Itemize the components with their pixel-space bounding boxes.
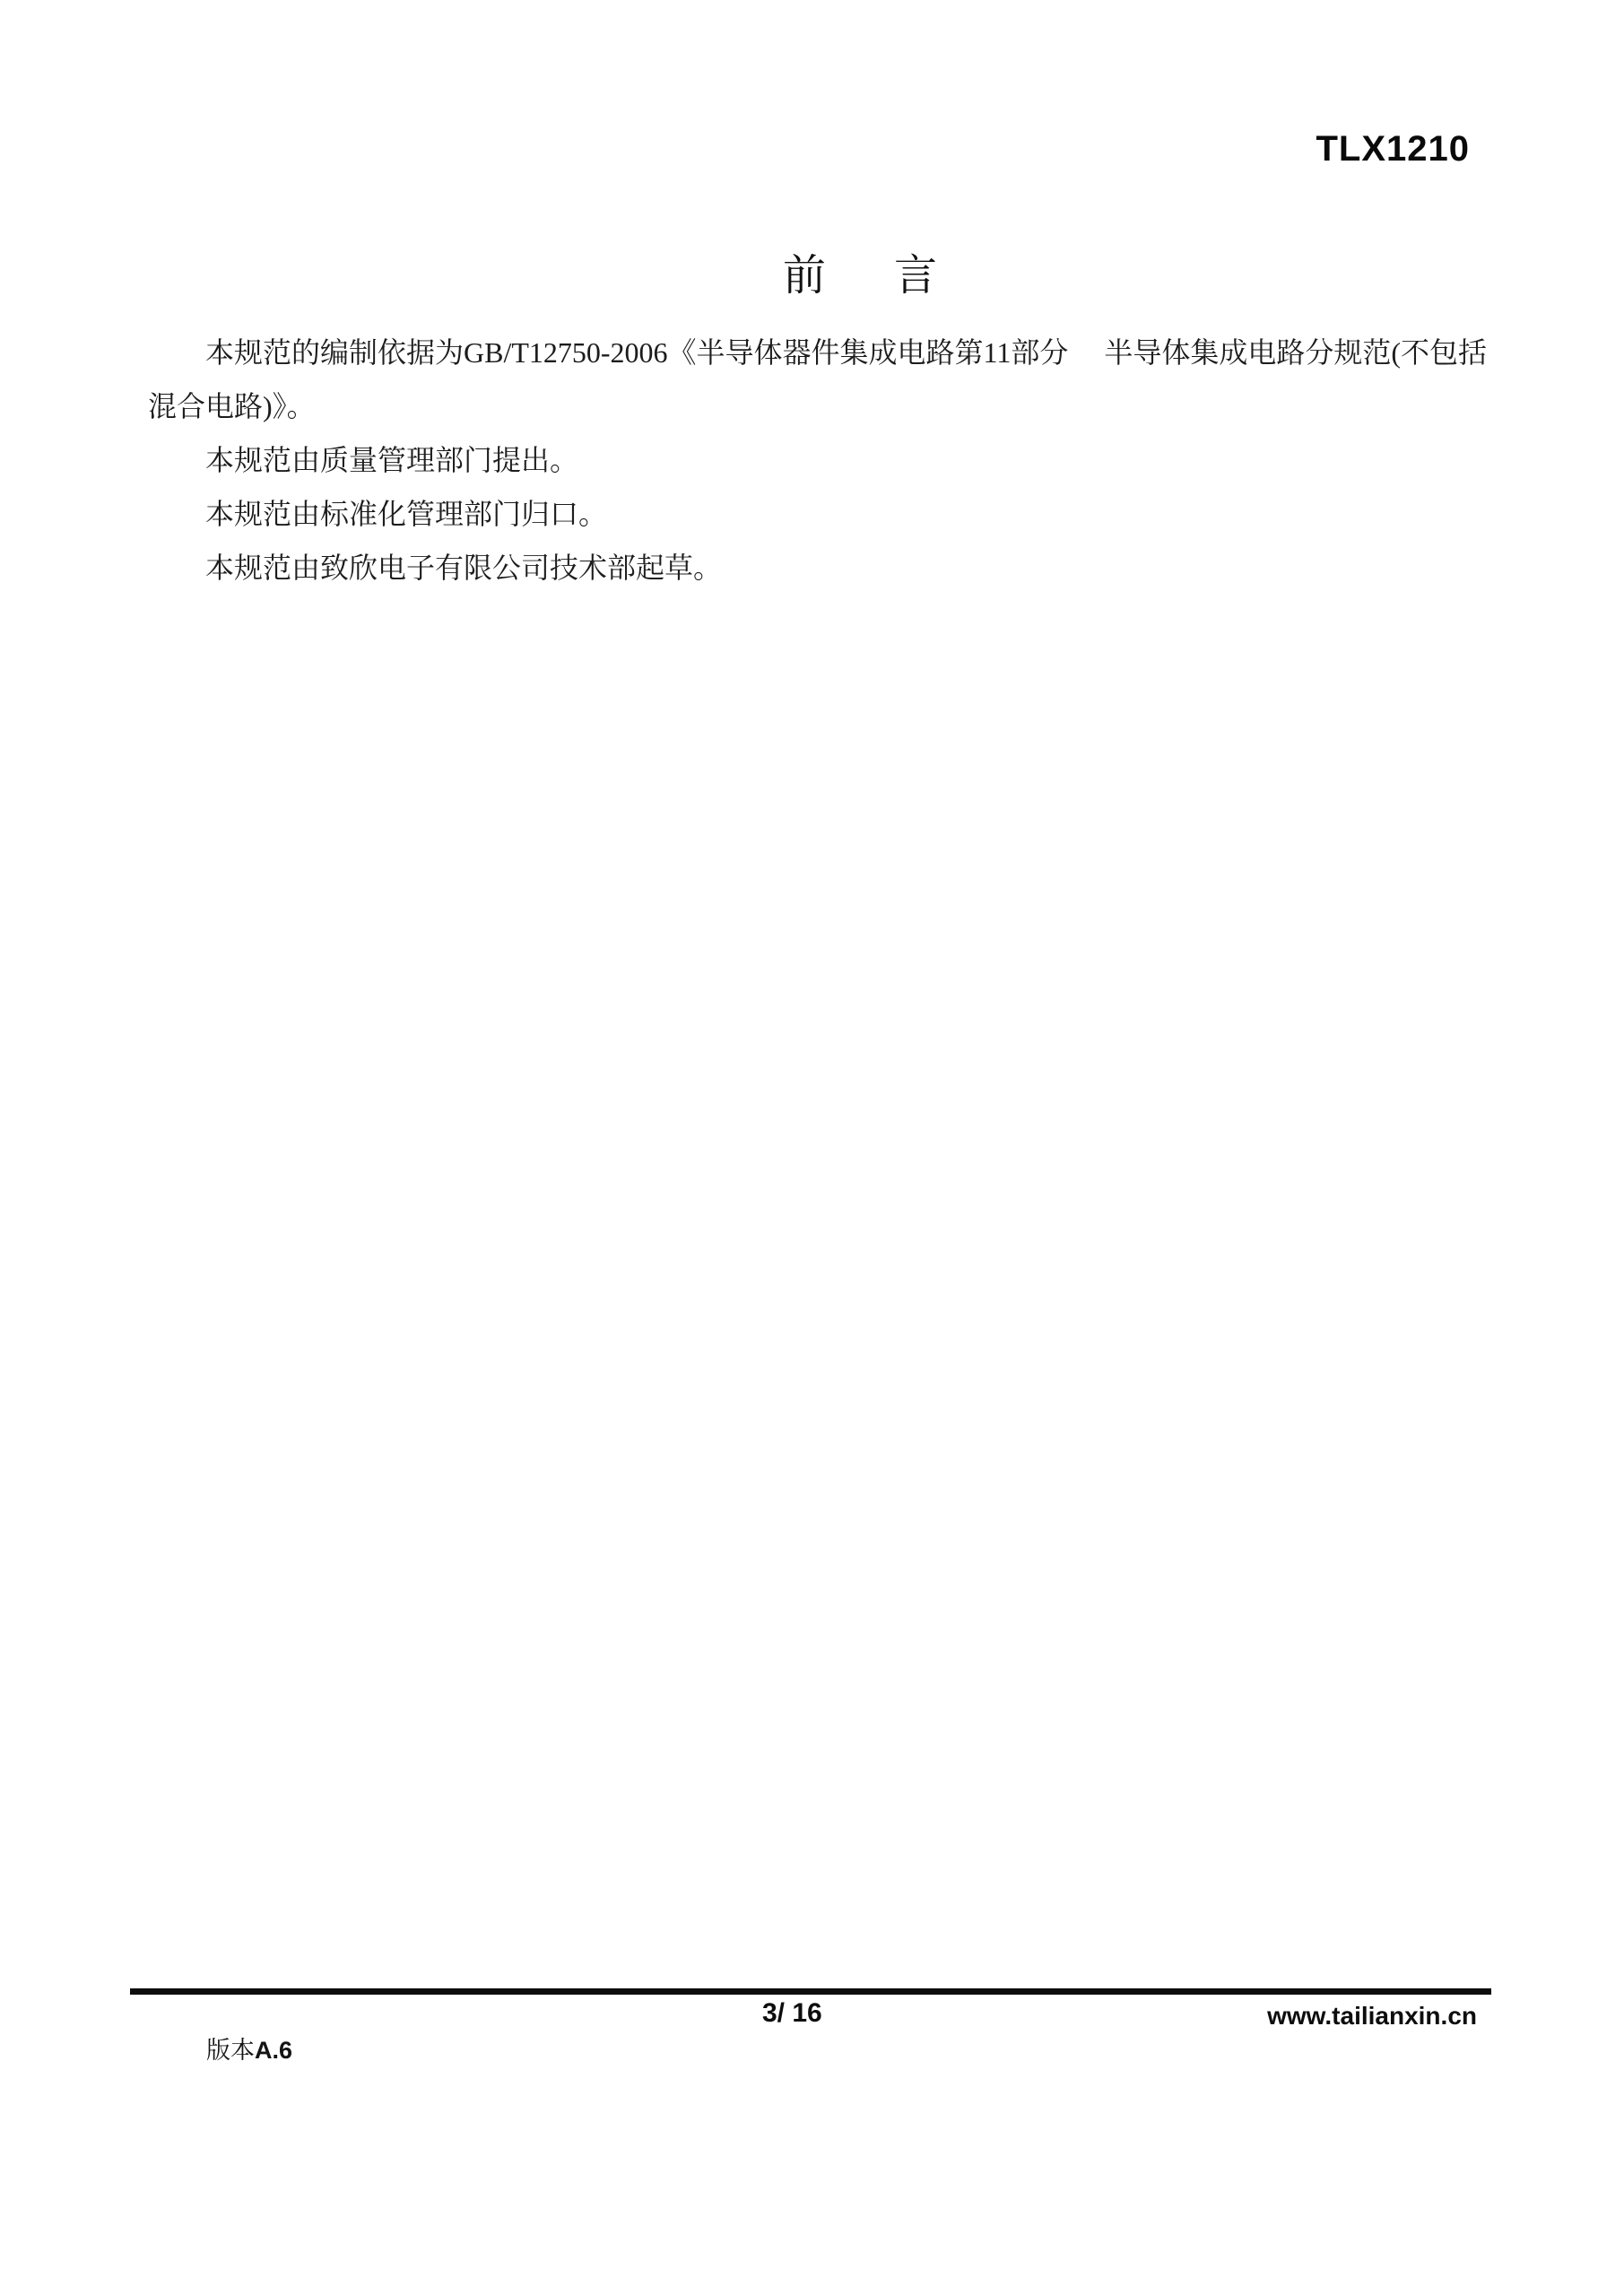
- document-page: TLX1210 前 言 本规范的编制依据为GB/T12750-2006《半导体器…: [0, 0, 1624, 2296]
- document-code: TLX1210: [1316, 129, 1470, 170]
- page-title: 前 言: [783, 240, 950, 302]
- footer-rule: [130, 1988, 1491, 1995]
- document-body: 本规范的编制依据为GB/T12750-2006《半导体器件集成电路第11部分 半…: [148, 326, 1511, 595]
- paragraph-line: 本规范由致欣电子有限公司技术部起草。: [148, 541, 1511, 595]
- paragraph-line: 混合电路)》。: [148, 379, 1511, 433]
- footer-website: www.tailianxin.cn: [1267, 2002, 1477, 2031]
- paragraph-line: 本规范的编制依据为GB/T12750-2006《半导体器件集成电路第11部分 半…: [148, 326, 1511, 379]
- paragraph-line: 本规范由质量管理部门提出。: [148, 433, 1511, 487]
- footer-page-number: 3/ 16: [762, 1998, 822, 2029]
- footer-version: 版本A.6: [166, 2003, 292, 2093]
- paragraph-line: 本规范由标准化管理部门归口。: [148, 487, 1511, 541]
- footer-version-label: 版本: [206, 2037, 255, 2064]
- footer-version-value: A.6: [255, 2037, 292, 2064]
